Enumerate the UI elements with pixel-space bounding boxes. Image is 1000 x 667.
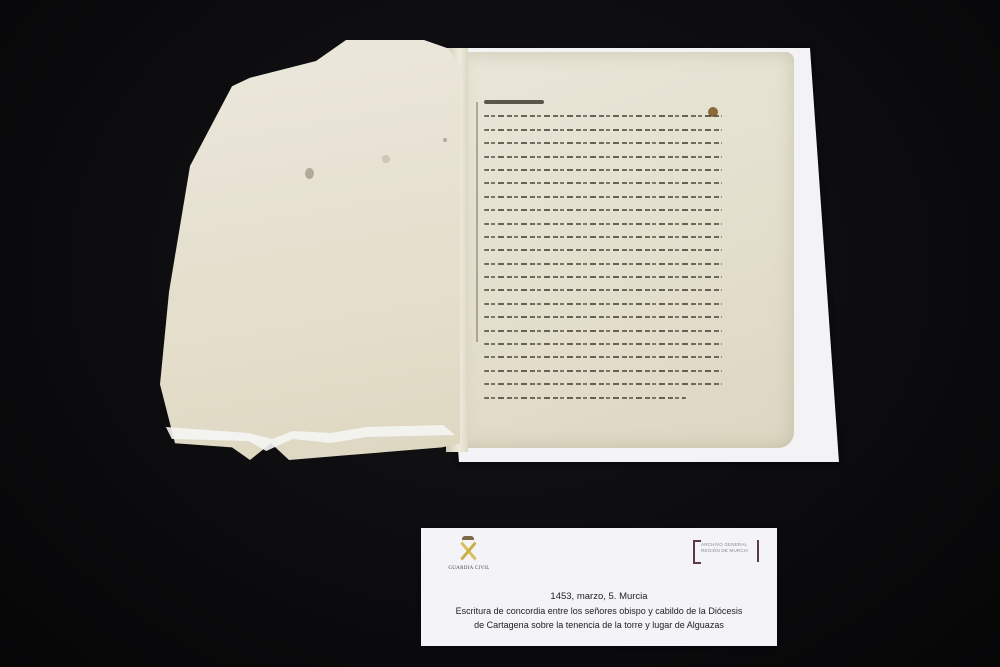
opening-invocation: [484, 100, 544, 104]
guardia-civil-text: GUARDIA CIVIL: [439, 566, 499, 571]
script-line: [484, 236, 722, 238]
script-line: [484, 196, 722, 198]
archive-bracket-icon: [693, 540, 701, 564]
stain-spot: [382, 155, 390, 163]
guardia-civil-emblem-icon: [459, 536, 477, 564]
script-line: [484, 303, 722, 305]
description-line-1: Escritura de concordia entre los señores…: [429, 604, 769, 618]
script-line: [484, 182, 722, 184]
script-line: [484, 156, 722, 158]
script-line: [484, 276, 722, 278]
stain-spot: [305, 168, 314, 179]
archive-bar-icon: [757, 540, 759, 562]
script-line: [484, 115, 722, 117]
manuscript-written-page: [458, 52, 794, 448]
document-description: Escritura de concordia entre los señores…: [429, 604, 769, 632]
script-line: [484, 370, 722, 372]
archivo-general-logo: ARCHIVO GENERAL REGIÓN DE MURCIA: [693, 540, 759, 562]
script-line: [484, 129, 722, 131]
script-line: [484, 263, 722, 265]
script-line: [484, 316, 722, 318]
script-line: [484, 330, 722, 332]
handwritten-text-block: [484, 100, 722, 410]
description-line-2: de Cartagena sobre la tenencia de la tor…: [429, 618, 769, 632]
stain-spot: [443, 138, 447, 142]
script-line: [484, 169, 722, 171]
script-line: [484, 383, 722, 385]
script-line: [484, 343, 722, 345]
script-line: [484, 356, 722, 358]
margin-line: [476, 102, 478, 342]
script-line: [484, 289, 722, 291]
script-line: [484, 397, 686, 399]
script-line: [484, 249, 722, 251]
script-line: [484, 209, 722, 211]
exhibit-label-card: GUARDIA CIVIL ARCHIVO GENERAL REGIÓN DE …: [421, 528, 777, 646]
guardia-civil-logo: GUARDIA CIVIL: [439, 536, 497, 576]
script-line: [484, 223, 722, 225]
document-date: 1453, marzo, 5. Murcia: [421, 591, 777, 602]
script-line: [484, 142, 722, 144]
archive-region: REGIÓN DE MURCIA: [701, 548, 748, 554]
